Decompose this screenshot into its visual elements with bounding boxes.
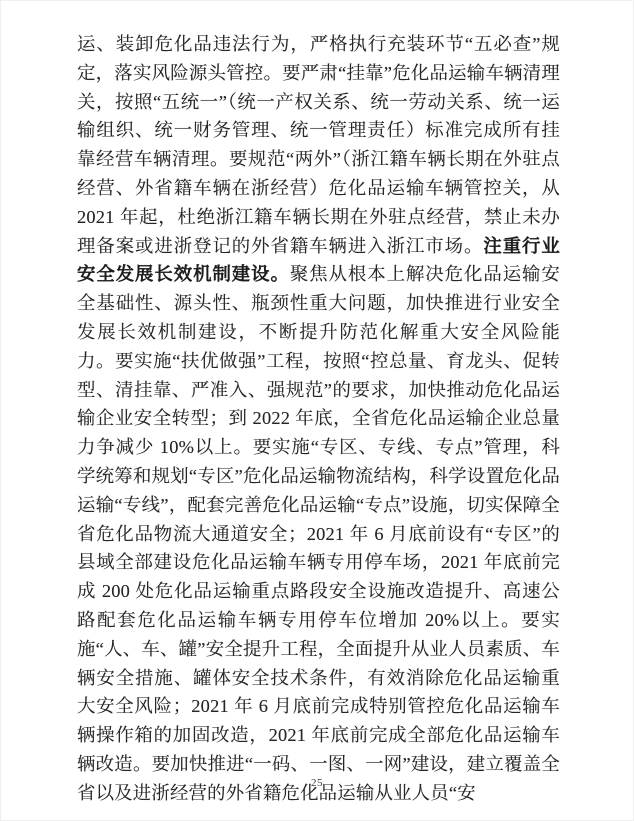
- document-page: 运、装卸危化品违法行为，严格执行充装环节“五必查”规定，落实风险源头管控。要严肃…: [0, 0, 634, 821]
- page-number: 25: [0, 777, 634, 789]
- paragraph-segment: 聚焦从根本上解决危化品运输安全基础性、源头性、瓶颈性重大问题，加快推进行业安全发…: [77, 264, 560, 802]
- paragraph-segment: 运、装卸危化品违法行为，严格执行充装环节“五必查”规定，落实风险源头管控。要严肃…: [77, 34, 560, 256]
- body-paragraph: 运、装卸危化品违法行为，严格执行充装环节“五必查”规定，落实风险源头管控。要严肃…: [77, 30, 560, 808]
